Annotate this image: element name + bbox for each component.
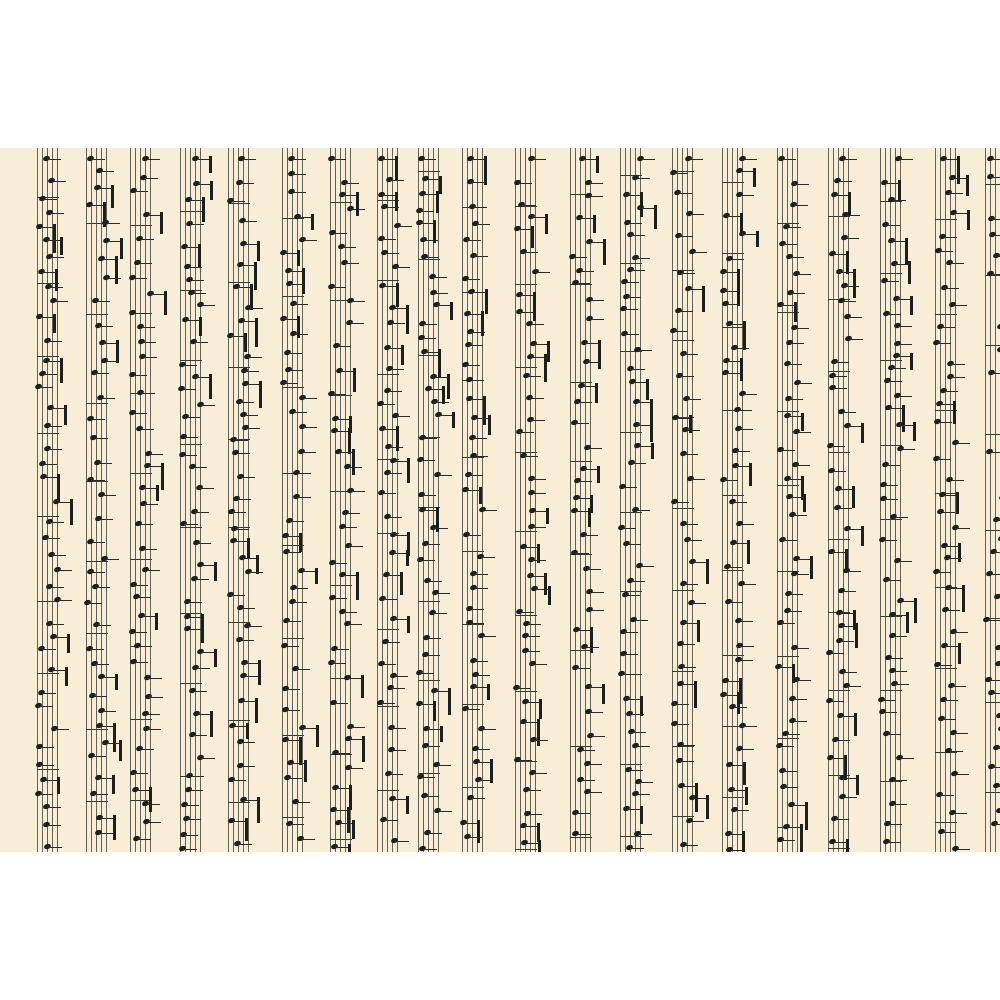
note-stem xyxy=(290,521,304,522)
bar-line xyxy=(515,367,537,368)
note-stem xyxy=(832,552,846,553)
note-stem xyxy=(302,452,316,453)
bar-line xyxy=(828,371,850,372)
note-stem xyxy=(849,339,863,340)
note-stem xyxy=(526,702,540,703)
note-stem xyxy=(476,224,490,225)
note-stem xyxy=(50,587,64,588)
note-stem xyxy=(532,479,546,480)
note-beam xyxy=(67,634,70,653)
note-stem xyxy=(243,558,257,559)
note-stem xyxy=(435,402,449,403)
note-stem xyxy=(898,396,912,397)
note-stem xyxy=(578,481,592,482)
bar-line xyxy=(377,280,399,281)
note-stem xyxy=(146,570,160,571)
note-beam xyxy=(531,226,534,248)
note-stem xyxy=(636,178,650,179)
note-beam xyxy=(160,212,163,234)
bar-line xyxy=(180,527,202,528)
note-beam xyxy=(740,358,743,381)
note-stem xyxy=(348,624,362,625)
note-stem xyxy=(688,540,702,541)
note-stem xyxy=(830,701,844,702)
note-beam xyxy=(209,374,212,399)
bar-line xyxy=(777,485,799,486)
bar-line xyxy=(620,512,642,513)
note-stem xyxy=(240,402,254,403)
note-stem xyxy=(190,280,204,281)
note-stem xyxy=(992,373,1000,374)
note-stem xyxy=(388,348,402,349)
note-stem xyxy=(622,528,636,529)
note-stem xyxy=(95,373,109,374)
note-stem xyxy=(99,519,113,520)
note-stem xyxy=(137,839,151,840)
note-stem xyxy=(630,848,644,849)
note-stem xyxy=(105,361,119,362)
note-beam xyxy=(198,244,201,268)
note-stem xyxy=(40,765,54,766)
note-stem xyxy=(52,181,66,182)
note-stem xyxy=(993,235,1000,236)
note-stem xyxy=(244,676,258,677)
note-stem xyxy=(293,602,307,603)
note-stem xyxy=(437,765,451,766)
note-stem xyxy=(945,546,959,547)
note-stem xyxy=(333,233,347,234)
note-stem xyxy=(894,517,908,518)
note-stem xyxy=(580,271,594,272)
note-stem xyxy=(336,419,350,420)
note-stem xyxy=(992,219,1000,220)
note-stem xyxy=(790,343,804,344)
note-stem xyxy=(44,477,58,478)
note-stem xyxy=(842,412,856,413)
note-beam xyxy=(257,241,260,261)
note-stem xyxy=(898,344,912,345)
bar-line xyxy=(330,839,352,840)
note-beam xyxy=(155,613,158,630)
note-stem xyxy=(893,804,907,805)
note-stem xyxy=(134,191,148,192)
note-beam xyxy=(646,379,649,400)
note-beam xyxy=(697,620,700,642)
note-beam xyxy=(910,353,913,370)
note-stem xyxy=(141,393,155,394)
note-beam xyxy=(861,526,864,546)
bar-line xyxy=(282,638,304,639)
note-stem xyxy=(733,502,747,503)
note-stem xyxy=(50,213,64,214)
note-stem xyxy=(391,323,405,324)
note-stem xyxy=(624,654,638,655)
note-stem xyxy=(96,301,110,302)
note-stem xyxy=(944,159,958,160)
bar-line xyxy=(672,590,694,591)
note-stem xyxy=(729,834,743,835)
note-stem xyxy=(693,798,707,799)
note-stem xyxy=(426,655,440,656)
note-stem xyxy=(691,479,705,480)
note-beam xyxy=(852,486,855,508)
note-stem xyxy=(950,480,964,481)
note-beam xyxy=(255,318,258,347)
note-stem xyxy=(232,512,246,513)
note-stem xyxy=(784,787,798,788)
note-stem xyxy=(576,813,590,814)
note-beam xyxy=(800,824,803,852)
note-stem xyxy=(237,499,251,500)
note-stem xyxy=(42,649,56,650)
note-stem xyxy=(429,389,443,390)
note-stem xyxy=(895,684,909,685)
note-stem xyxy=(793,721,807,722)
bar-line xyxy=(180,683,202,684)
bar-line xyxy=(828,690,850,691)
note-beam xyxy=(538,840,541,852)
note-stem xyxy=(386,642,400,643)
note-stem xyxy=(94,794,108,795)
note-stem xyxy=(188,617,202,618)
note-stem xyxy=(141,327,155,328)
bar-line xyxy=(935,219,957,220)
note-beam xyxy=(210,181,213,200)
note-beam xyxy=(407,458,410,483)
note-stem xyxy=(187,819,201,820)
note-stem xyxy=(530,324,544,325)
note-beam xyxy=(448,688,451,715)
note-stem xyxy=(953,305,967,306)
note-beam xyxy=(640,806,643,824)
note-stem xyxy=(190,224,204,225)
note-stem xyxy=(531,576,545,577)
note-stem xyxy=(334,703,348,704)
note-stem xyxy=(133,413,147,414)
bar-line xyxy=(515,691,537,692)
note-beam xyxy=(602,684,605,704)
note-beam xyxy=(908,261,911,284)
note-stem xyxy=(625,334,639,335)
bar-line xyxy=(985,702,1000,703)
note-stem xyxy=(845,238,859,239)
bar-line xyxy=(282,387,304,388)
note-beam xyxy=(846,251,849,274)
note-stem xyxy=(90,205,104,206)
note-stem xyxy=(888,824,902,825)
note-beam xyxy=(352,449,355,475)
note-stem xyxy=(186,417,200,418)
note-stem xyxy=(591,736,605,737)
note-stem xyxy=(423,510,437,511)
note-stem xyxy=(186,320,200,321)
note-beam xyxy=(70,499,73,525)
note-stem xyxy=(477,762,491,763)
note-stem xyxy=(835,362,849,363)
note-stem xyxy=(627,297,641,298)
note-stem xyxy=(421,460,435,461)
note-stem xyxy=(992,767,1000,768)
note-stem xyxy=(900,758,914,759)
note-beam xyxy=(966,175,969,196)
note-stem xyxy=(389,447,403,448)
note-stem xyxy=(990,452,1000,453)
note-beam xyxy=(547,341,550,362)
note-beam xyxy=(956,492,959,514)
note-stem xyxy=(428,581,442,582)
note-stem xyxy=(388,473,402,474)
note-beam xyxy=(348,428,351,454)
note-stem xyxy=(940,404,954,405)
note-beam xyxy=(452,412,455,428)
note-beam xyxy=(311,214,314,230)
note-stem xyxy=(148,678,162,679)
note-beam xyxy=(304,760,307,782)
note-beam xyxy=(743,321,746,350)
note-stem xyxy=(476,749,490,750)
note-stem xyxy=(779,667,793,668)
note-stem xyxy=(474,661,488,662)
note-stem xyxy=(297,497,311,498)
note-stem xyxy=(466,279,480,280)
note-stem xyxy=(953,178,967,179)
note-beam xyxy=(913,422,916,441)
note-stem xyxy=(951,364,965,365)
note-stem xyxy=(343,612,357,613)
note-stem xyxy=(734,543,748,544)
note-beam xyxy=(406,305,409,334)
note-stem xyxy=(420,211,434,212)
bar-line xyxy=(330,585,352,586)
note-beam xyxy=(302,268,305,294)
note-stem xyxy=(682,786,696,787)
note-stem xyxy=(107,278,121,279)
note-stem xyxy=(898,326,912,327)
note-stem xyxy=(575,423,589,424)
note-stem xyxy=(284,253,298,254)
bar-line xyxy=(985,345,1000,346)
note-stem xyxy=(938,665,952,666)
note-stem xyxy=(832,471,846,472)
note-stem xyxy=(630,714,644,715)
note-stem xyxy=(231,201,245,202)
bar-line xyxy=(86,403,108,404)
note-stem xyxy=(201,305,215,306)
bar-line xyxy=(180,613,202,614)
note-beam xyxy=(113,815,116,840)
bar-line xyxy=(282,817,304,818)
note-beam xyxy=(539,699,542,719)
note-stem xyxy=(937,343,951,344)
note-stem xyxy=(797,274,811,275)
note-stem xyxy=(241,477,255,478)
note-stem xyxy=(684,845,698,846)
note-stem xyxy=(582,386,596,387)
note-beam xyxy=(433,701,436,721)
note-beam xyxy=(257,797,260,823)
note-stem xyxy=(348,467,362,468)
note-stem xyxy=(989,680,1000,681)
note-stem xyxy=(724,291,738,292)
note-stem xyxy=(142,616,156,617)
note-stem xyxy=(534,740,548,741)
note-stem xyxy=(885,183,899,184)
note-stem xyxy=(422,338,436,339)
note-stem xyxy=(674,331,688,332)
note-stem xyxy=(471,798,485,799)
note-stem xyxy=(743,726,757,727)
note-beam xyxy=(115,256,118,284)
note-stem xyxy=(421,560,435,561)
note-stem xyxy=(196,159,210,160)
note-stem xyxy=(48,449,62,450)
note-stem xyxy=(40,317,54,318)
note-beam xyxy=(484,156,487,185)
note-stem xyxy=(434,293,448,294)
note-beam xyxy=(479,487,482,504)
note-stem xyxy=(91,480,105,481)
note-stem xyxy=(533,511,547,512)
note-stem xyxy=(736,466,750,467)
note-beam xyxy=(487,684,490,700)
note-stem xyxy=(140,239,154,240)
bar-line xyxy=(570,461,592,462)
note-beam xyxy=(914,598,917,623)
note-stem xyxy=(520,612,534,613)
note-stem xyxy=(577,630,591,631)
note-stem xyxy=(382,195,396,196)
note-stem xyxy=(479,780,493,781)
note-stem xyxy=(93,696,107,697)
note-stem xyxy=(887,842,901,843)
note-stem xyxy=(783,244,797,245)
note-stem xyxy=(90,649,104,650)
note-stem xyxy=(52,555,66,556)
note-stem xyxy=(528,814,542,815)
note-stem xyxy=(939,251,953,252)
note-stem xyxy=(838,508,852,509)
bar-line xyxy=(935,314,957,315)
bar-line xyxy=(880,360,902,361)
note-stem xyxy=(693,562,707,563)
note-stem xyxy=(526,651,540,652)
note-stem xyxy=(47,240,61,241)
note-stem xyxy=(189,790,203,791)
note-stem xyxy=(681,684,695,685)
note-stem xyxy=(941,512,955,513)
note-beam xyxy=(702,286,705,312)
note-stem xyxy=(244,415,258,416)
note-stem xyxy=(847,571,861,572)
note-stem xyxy=(795,184,809,185)
note-stem xyxy=(393,553,407,554)
note-stem xyxy=(333,598,347,599)
note-stem xyxy=(98,463,112,464)
note-stem xyxy=(788,364,802,365)
note-stem xyxy=(739,660,753,661)
note-stem xyxy=(787,227,801,228)
note-beam xyxy=(436,191,439,213)
bar-line xyxy=(828,539,850,540)
note-stem xyxy=(636,510,650,511)
note-beam xyxy=(742,831,745,852)
note-stem xyxy=(133,375,147,376)
note-stem xyxy=(422,495,436,496)
note-stem xyxy=(242,159,256,160)
note-beam xyxy=(297,250,300,266)
note-stem xyxy=(790,257,804,258)
note-stem xyxy=(102,677,116,678)
note-stem xyxy=(48,847,62,848)
note-stem xyxy=(94,438,108,439)
note-stem xyxy=(634,620,648,621)
note-stem xyxy=(631,369,645,370)
note-stem xyxy=(843,672,857,673)
note-beam xyxy=(749,463,752,486)
note-stem xyxy=(892,200,906,201)
note-stem xyxy=(248,357,262,358)
note-beam xyxy=(450,302,453,320)
note-beam xyxy=(597,466,600,483)
note-beam xyxy=(898,180,901,201)
note-stem xyxy=(532,560,546,561)
note-beam xyxy=(640,696,643,716)
note-beam xyxy=(439,176,442,194)
note-stem xyxy=(193,691,207,692)
note-stem xyxy=(332,394,346,395)
note-stem xyxy=(48,426,62,427)
note-beam xyxy=(156,485,159,501)
bar-line xyxy=(570,650,592,651)
note-stem xyxy=(144,178,158,179)
note-stem xyxy=(467,535,481,536)
note-stem xyxy=(949,751,963,752)
note-stem xyxy=(302,571,316,572)
bar-line xyxy=(377,790,399,791)
note-stem xyxy=(797,680,811,681)
note-beam xyxy=(161,463,164,490)
note-stem xyxy=(636,746,650,747)
note-stem xyxy=(740,524,754,525)
note-stem xyxy=(576,668,590,669)
note-beam xyxy=(590,627,593,653)
note-stem xyxy=(96,587,110,588)
note-stem xyxy=(740,749,754,750)
note-stem xyxy=(437,305,451,306)
bar-line xyxy=(985,792,1000,793)
note-stem xyxy=(793,515,807,516)
note-stem xyxy=(469,345,483,346)
note-beam xyxy=(247,538,250,558)
bar-line xyxy=(418,680,440,681)
note-stem xyxy=(724,480,738,481)
note-stem xyxy=(679,311,693,312)
note-stem xyxy=(49,287,63,288)
note-beam xyxy=(603,239,606,265)
note-stem xyxy=(831,758,845,759)
note-stem xyxy=(40,747,54,748)
note-beam xyxy=(299,737,302,765)
note-stem xyxy=(623,487,637,488)
note-stem xyxy=(249,572,263,573)
note-stem xyxy=(681,745,695,746)
note-stem xyxy=(987,620,1000,621)
note-stem xyxy=(188,629,202,630)
note-stem xyxy=(297,473,311,474)
note-stem xyxy=(901,601,915,602)
note-stem xyxy=(241,742,255,743)
note-stem xyxy=(107,241,121,242)
